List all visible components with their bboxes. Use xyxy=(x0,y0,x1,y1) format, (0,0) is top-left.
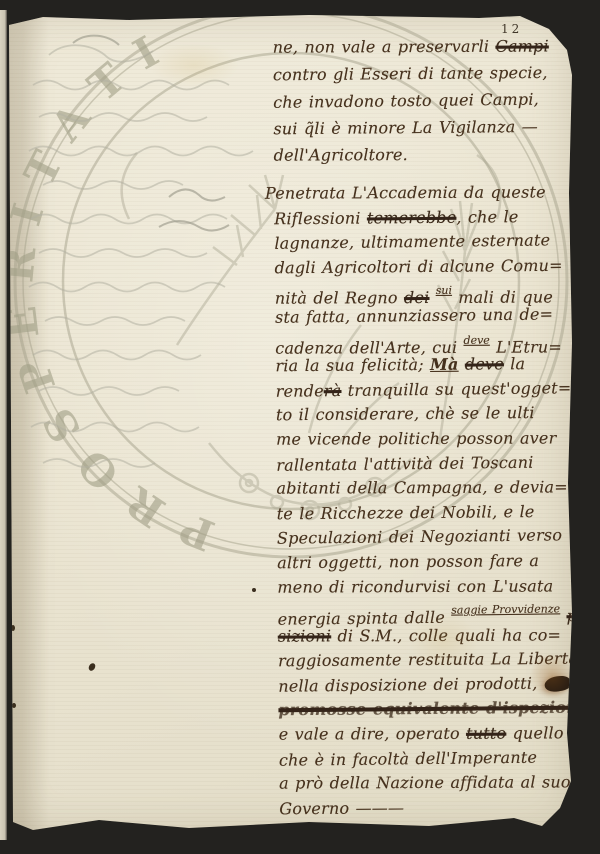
ink-speck xyxy=(11,625,15,631)
underlined-text: Mà xyxy=(430,355,459,374)
scanned-manuscript: { "page": { "number": "12", "background_… xyxy=(0,0,600,854)
text-run: , che le xyxy=(456,207,518,227)
text-run: dell'Agricoltore. xyxy=(274,145,408,165)
manuscript-line: abitanti della Campagna, e devia= xyxy=(276,475,572,501)
struck-text: Campi xyxy=(495,36,548,55)
manuscript-line: rallentata l'attività dei Toscani xyxy=(276,450,572,478)
text-run: sui q̃li è minore La Vigilanza — xyxy=(273,117,538,138)
adjacent-page-edge xyxy=(0,10,7,840)
text-run: cadenza dell'Arte, cui xyxy=(275,337,463,357)
struck-text: sizioni xyxy=(278,626,331,645)
text-run: to il considerare, chè se le ulti xyxy=(276,403,535,424)
text-run: ria la sua felicità; xyxy=(275,355,430,375)
manuscript-line: e vale a dire, operato tutto quello xyxy=(279,721,575,747)
struck-text: temerebbe xyxy=(367,207,457,227)
manuscript-line: che invadono tosto quei Campi, xyxy=(273,85,569,116)
paragraph: ne, non vale a preservarli Campicontro g… xyxy=(273,32,570,170)
inserted-text: deve xyxy=(463,333,489,346)
manuscript-line: Governo ——— xyxy=(279,795,575,822)
text-run: la xyxy=(504,354,526,373)
text-run: quello xyxy=(506,723,563,742)
manuscript-line: cadenza dell'Arte, cui deve L'Etru= xyxy=(275,328,571,354)
manuscript-line: me vicende politiche posson aver xyxy=(276,426,572,452)
text-run: che è in facoltà dell'Imperante xyxy=(279,747,537,769)
text-run: ne, non vale a preservarli xyxy=(273,37,496,57)
ink-speck xyxy=(87,662,96,672)
manuscript-line: nella disposizione dei prodotti, xyxy=(278,671,574,699)
manuscript-line: nità del Regno dei sui mali di que xyxy=(275,279,571,305)
text-run: dagli Agricoltori di alcune Comu= xyxy=(275,256,563,278)
manuscript-line: to il considerare, chè se le ulti xyxy=(276,401,572,428)
text-run: e vale a dire, operato xyxy=(279,724,466,744)
manuscript-text: ne, non vale a preservarli Campicontro g… xyxy=(273,32,576,822)
text-run: L'Etru= xyxy=(490,337,562,356)
text-run: di S.M., colle quali ha co= xyxy=(331,625,561,645)
inserted-text: saggie Provvidenze xyxy=(451,602,560,616)
manuscript-line: sta fatta, annunziassero una de= xyxy=(275,302,571,330)
manuscript-line: Riflessioni temerebbe, che le xyxy=(274,204,570,231)
manuscript-line: Speculazioni dei Negozianti verso xyxy=(277,524,573,552)
manuscript-line: che è in facoltà dell'Imperante xyxy=(279,745,575,773)
struck-text: rà xyxy=(324,381,342,400)
paragraph: Penetrata L'Accademia da questeRiflessio… xyxy=(274,180,576,822)
text-run: Speculazioni dei Negozianti verso xyxy=(277,526,562,548)
paper-stain xyxy=(149,43,239,87)
manuscript-line: energia spinta dalle saggie Provvidenze … xyxy=(277,597,573,625)
manuscript-line: altri oggetti, non posson fare a xyxy=(277,549,573,576)
manuscript-line: te le Ricchezze dei Nobili, e le xyxy=(277,499,573,526)
text-run: contro gli Esseri di tante specie, xyxy=(273,63,548,84)
manuscript-line: sizioni di S.M., colle quali ha co= xyxy=(278,623,574,649)
text-run: raggiosamente restituita La Libertà xyxy=(278,649,578,671)
text-run: altri oggetti, non posson fare a xyxy=(277,551,539,572)
text-run: Riflessioni xyxy=(274,208,367,228)
manuscript-page: PROSPERITATI xyxy=(9,13,572,834)
ink-speck xyxy=(12,703,16,708)
manuscript-line: meno di ricondurvisi con L'usata xyxy=(277,574,573,600)
manuscript-line: Penetrata L'Accademia da queste xyxy=(265,180,570,206)
struck-text: promosse equivalente d'ispezione, xyxy=(278,698,594,720)
ink-blot xyxy=(543,675,571,693)
text-run: lagnanze, ultimamente esternate xyxy=(274,231,550,253)
struck-text: tutto xyxy=(466,724,506,743)
struck-text: deve xyxy=(465,354,504,373)
inserted-text: sui xyxy=(436,284,452,297)
seal-motto: PROSPERITATI xyxy=(9,16,221,560)
text-run: rende xyxy=(276,381,324,401)
manuscript-line: dagli Agricoltori di alcune Comu= xyxy=(275,253,571,280)
text-run: te le Ricchezze dei Nobili, e le xyxy=(277,502,535,523)
manuscript-line: contro gli Esseri di tante specie, xyxy=(273,59,569,89)
text-run: Penetrata L'Accademia da queste xyxy=(265,182,546,202)
manuscript-line: dell'Agricoltore. xyxy=(274,140,570,168)
text-run: a prò della Nazione affidata al suo xyxy=(279,773,571,793)
text-run: sta fatta, annunziassero una de= xyxy=(275,304,553,326)
text-run: abitanti della Campagna, e devia= xyxy=(276,477,567,497)
text-run: Governo ——— xyxy=(279,798,404,818)
manuscript-line: sui q̃li è minore La Vigilanza — xyxy=(273,113,569,143)
text-run: meno di ricondurvisi con L'usata xyxy=(277,576,553,596)
manuscript-line: a prò della Nazione affidata al suo xyxy=(279,771,575,797)
manuscript-line: ne, non vale a preservarli Campi xyxy=(273,32,569,60)
ink-speck xyxy=(252,588,256,592)
text-run: tranquilla su quest'ogget= xyxy=(341,378,571,400)
text-run: che invadono tosto quei Campi, xyxy=(273,90,539,112)
manuscript-line: raggiosamente restituita La Libertà xyxy=(278,647,574,674)
manuscript-line: promosse equivalente d'ispezione, xyxy=(278,696,574,723)
text-run: me vicende politiche posson aver xyxy=(276,428,556,448)
text-run: nella disposizione dei prodotti, xyxy=(278,673,544,695)
manuscript-line: lagnanze, ultimamente esternate xyxy=(274,228,570,256)
manuscript-line: renderà tranquilla su quest'ogget= xyxy=(276,376,572,404)
struck-text: provvide dispo xyxy=(566,605,600,625)
text-run: rallentata l'attività dei Toscani xyxy=(276,452,533,474)
